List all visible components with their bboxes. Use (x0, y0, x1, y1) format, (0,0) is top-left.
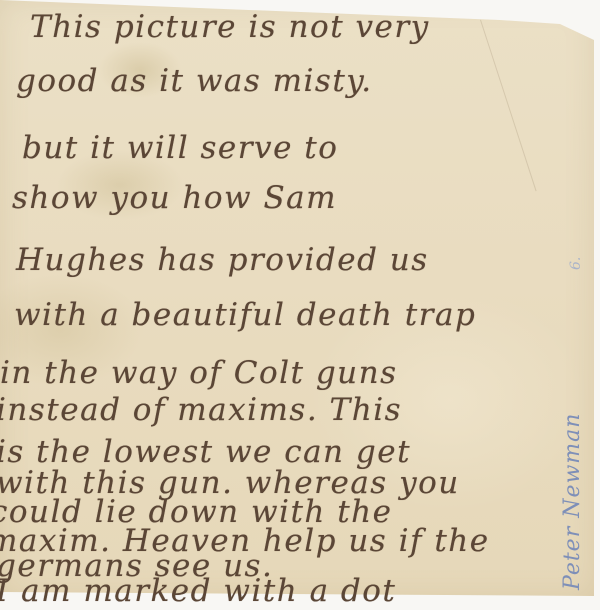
letter-line: good as it was misty. (16, 66, 373, 97)
letter-line: This picture is not very (30, 12, 430, 43)
letter-line: in the way of Colt guns (0, 358, 398, 389)
letter-line: with a beautiful death trap (14, 300, 476, 331)
scanned-letter: This picture is not very good as it was … (0, 0, 600, 610)
pencil-annotation-name: Peter Newman (560, 413, 585, 590)
letter-line: Hughes has provided us (16, 245, 429, 276)
letter-line: I am marked with a dot (0, 576, 396, 607)
handwritten-letter-body: This picture is not very good as it was … (0, 0, 580, 600)
pencil-mark: 6. (568, 257, 584, 270)
letter-line: is the lowest we can get (0, 437, 411, 468)
letter-line: instead of maxims. This (0, 395, 402, 426)
letter-line: show you how Sam (12, 183, 337, 214)
letter-line: but it will serve to (22, 133, 338, 164)
